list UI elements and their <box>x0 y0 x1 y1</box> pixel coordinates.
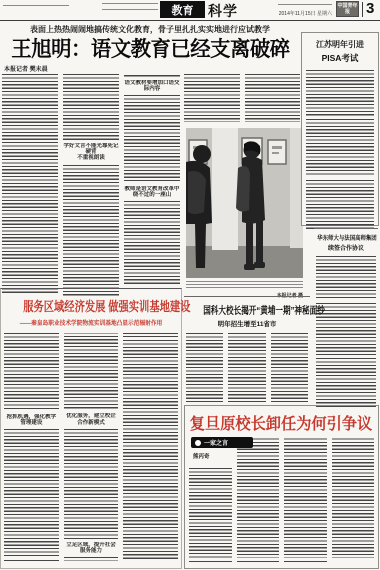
fudan-body-columns <box>189 438 374 564</box>
ecnu-title-line1-text: 华东师大与法国高师集团 <box>317 233 376 242</box>
greeked-text <box>316 358 376 408</box>
greeked-text <box>186 333 223 403</box>
main-headline: 王旭明：语文教育已经支离破碎 <box>0 33 300 63</box>
ucas-headline-text: 国科大校长揭开“黄埔一期”神秘面纱 <box>203 302 325 317</box>
greeked-text <box>306 70 374 116</box>
logistics-body-columns: 抢抓机遇，强化教学管理建设 优化服务，建立校企合作新模式 立足区域，提升社会服务… <box>4 333 178 561</box>
greeked-text <box>245 74 301 122</box>
logistics-crosshead-3: 立足区域，提升社会服务能力 <box>64 542 119 554</box>
header-divider-vertical <box>362 2 363 17</box>
logistics-subhead: ——秦皇岛职业技术学院物流实训基地凸显示范辐射作用 <box>1 318 181 327</box>
header-meta-line <box>278 4 332 7</box>
logistics-subhead-text: ——秦皇岛职业技术学院物流实训基地凸显示范辐射作用 <box>20 318 163 327</box>
greeked-text <box>124 95 180 183</box>
paper-nameplate: 中国青年报 <box>336 1 359 17</box>
greeked-text <box>271 333 308 403</box>
page-header: 教育 科学 2014年11月15日 星期六 中国青年报 3 <box>0 0 380 22</box>
greeked-text <box>306 180 374 230</box>
crosshead-b-line1: 学好文言不能光靠死记硬背 <box>63 143 119 155</box>
pisa-title-line2: PISA考试 <box>302 52 378 64</box>
greeked-text <box>63 74 119 140</box>
greeked-text <box>306 119 374 177</box>
ucas-subhead: 明年招生增至11省市 <box>184 319 310 328</box>
greeked-text <box>124 201 180 285</box>
caption-greeked-line <box>186 281 303 285</box>
greeked-text <box>4 333 59 411</box>
news-photo <box>186 128 303 278</box>
greeked-text <box>184 74 240 122</box>
corner-note-text <box>3 5 69 8</box>
torch-icon <box>195 440 201 446</box>
main-headline-text: 王旭明：语文教育已经支离破碎 <box>11 33 289 63</box>
crosshead-b: 学好文言不能光靠死记硬背 不重视朗读 <box>63 143 119 162</box>
greeked-text <box>4 429 59 557</box>
greeked-text <box>2 74 58 293</box>
greeked-text <box>64 429 119 539</box>
logistics-crosshead-2: 优化服务，建立校企合作新模式 <box>64 413 119 425</box>
fudan-article-box: 复旦原校长卸任为何引争议 一家之言 熊丙奇 <box>184 405 379 569</box>
page-number: 3 <box>366 0 374 17</box>
logistics-headline-text: 服务区域经济发展 做强实训基地建设 <box>23 296 190 315</box>
sidebar-pisa-box: 江苏明年引进 PISA考试 <box>301 32 379 226</box>
fudan-headline-text: 复旦原校长卸任为何引争议 <box>190 411 372 434</box>
fudan-headline: 复旦原校长卸任为何引争议 <box>185 411 378 434</box>
logistics-crosshead-1: 抢抓机遇，强化教学管理建设 <box>4 414 59 426</box>
pisa-title-line1: 江苏明年引进 <box>302 39 378 50</box>
masthead-suffix: 科学 <box>208 1 238 21</box>
masthead-edition-label: 教育 <box>172 2 194 18</box>
logistics-article-box: 服务区域经济发展 做强实训基地建设 ——秦皇岛职业技术学院物流实训基地凸显示范辐… <box>0 288 182 569</box>
crosshead-b-line2: 不重视朗读 <box>63 155 119 161</box>
exhibition-photo-graphic <box>186 128 303 278</box>
greeked-text <box>316 256 376 300</box>
paper-name-text: 中国青年报 <box>337 3 357 15</box>
badge-label: 一家之言 <box>204 438 228 447</box>
caption-greeked-line <box>186 287 303 291</box>
main-body-right-columns <box>184 74 300 124</box>
main-byline: 本报记者 樊未晨 <box>4 64 48 73</box>
newspaper-page: 教育 科学 2014年11月15日 星期六 中国青年报 3 表面上热热闹闹地搞传… <box>0 0 380 570</box>
ecnu-title-line1: 华东师大与法国高师集团 <box>314 233 378 242</box>
masthead-box: 教育 <box>160 1 205 18</box>
opinion-column-badge: 一家之言 <box>191 437 253 448</box>
editor-note-line2 <box>102 9 158 12</box>
ecnu-title-line2: 续签合作协议 <box>314 243 378 252</box>
ucas-headline: 国科大校长揭开“黄埔一期”神秘面纱 <box>184 302 310 317</box>
ucas-article: 国科大校长揭开“黄埔一期”神秘面纱 明年招生增至11省市 <box>184 296 310 404</box>
editor-note-line1 <box>102 3 158 6</box>
fudan-author: 熊丙奇 <box>193 452 210 460</box>
ucas-body-columns <box>186 333 308 405</box>
header-rule <box>0 20 380 21</box>
crosshead-c: 语文教材要增加口语交际内容 <box>124 80 180 92</box>
crosshead-d: 教师是语文教育改革中绕不过的一座山 <box>124 186 180 198</box>
greeked-text <box>123 333 178 561</box>
greeked-text <box>189 468 232 558</box>
greeked-text <box>316 303 376 355</box>
greeked-text <box>228 333 265 403</box>
date-text: 2014年11月15日 星期六 <box>254 10 332 17</box>
main-body-left-columns: 学好文言不能光靠死记硬背 不重视朗读 语文教材要增加口语交际内容 教师是语文教育… <box>2 74 180 296</box>
logistics-headline: 服务区域经济发展 做强实训基地建设 <box>1 296 181 315</box>
